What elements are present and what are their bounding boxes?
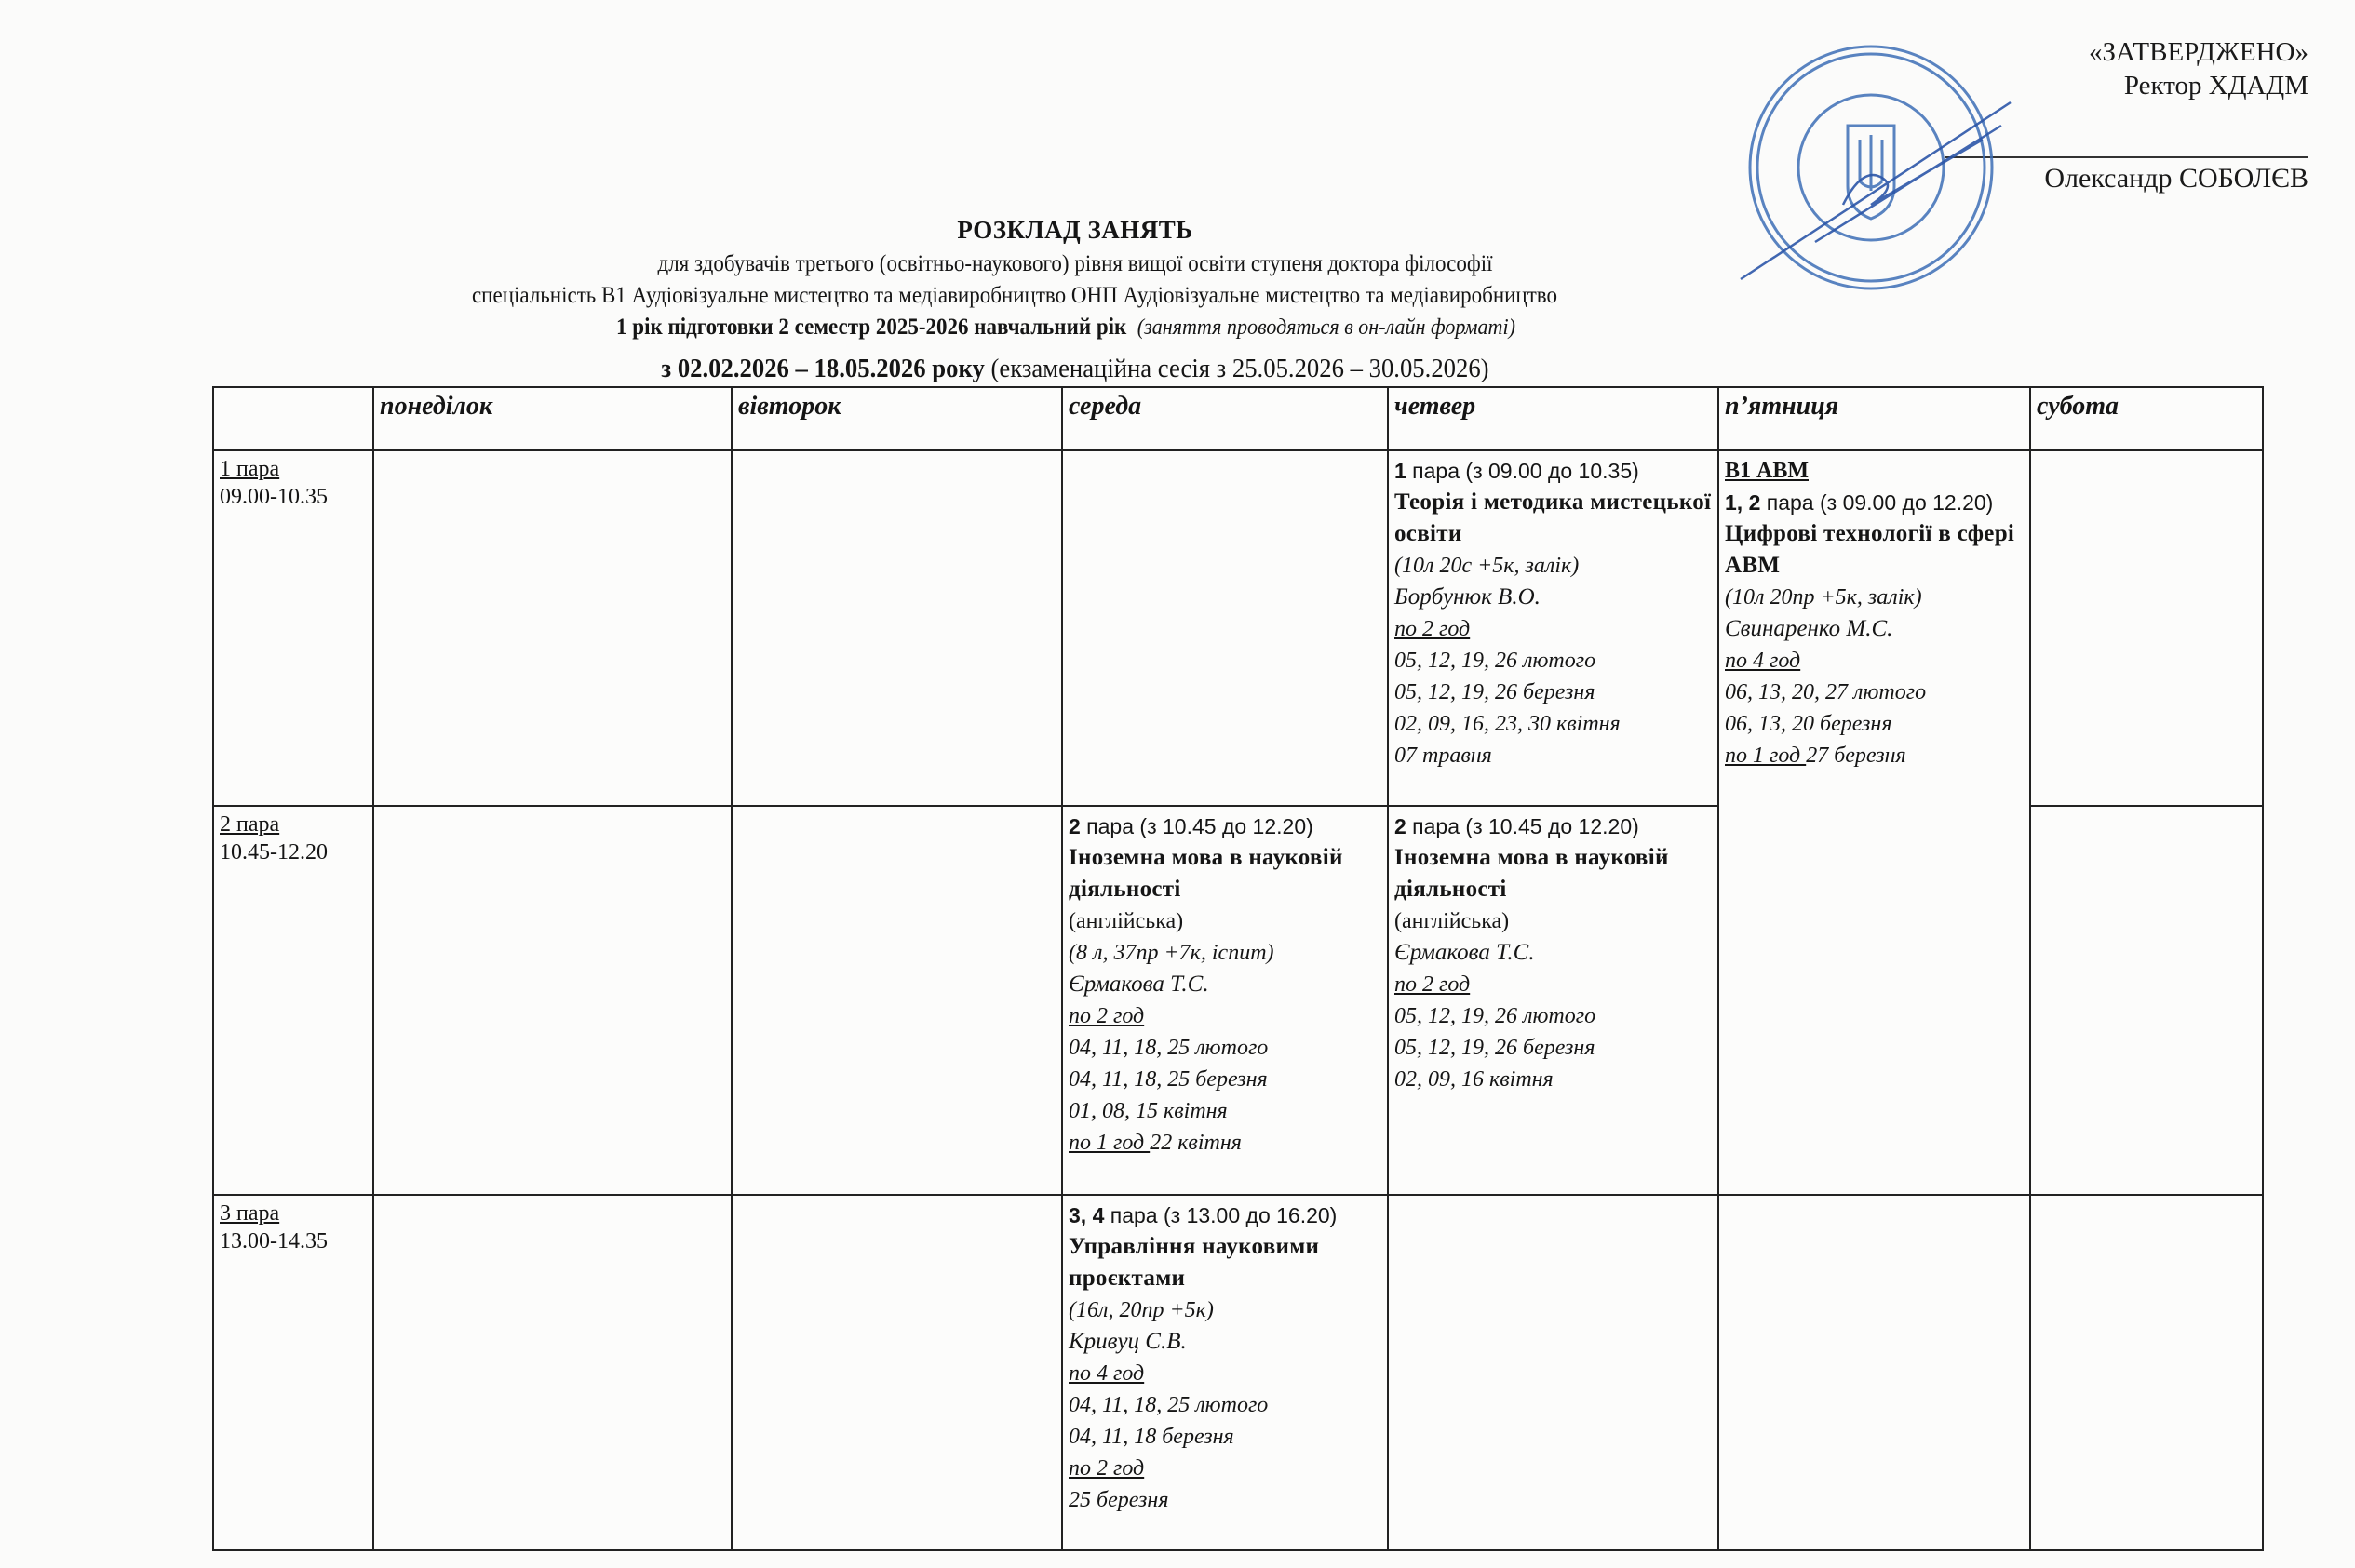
header-line-3: 1 рік підготовки 2 семестр 2025-2026 нав… [86, 315, 2047, 341]
page-title: РОЗКЛАД ЗАНЯТЬ [0, 216, 2150, 245]
cell-mon-3 [373, 1195, 732, 1550]
exam-session: (екзаменаційна сесія з 25.05.2026 – 30.0… [990, 354, 1488, 383]
group-label: В1 АВМ [1725, 455, 2024, 487]
cell-thu-2: 2 пара (з 10.45 до 12.20) Іноземна мова … [1388, 806, 1718, 1195]
hours-per-session: по 2 год [1069, 1000, 1381, 1032]
cell-mon-2 [373, 806, 732, 1195]
day-header-wednesday: середа [1062, 387, 1388, 450]
course-hours: (10л 20пр +5к, залік) [1725, 582, 2024, 613]
cell-thu-1: 1 пара (з 09.00 до 10.35) Теорія і метод… [1388, 450, 1718, 806]
class-time: 2 пара (з 10.45 до 12.20) [1394, 811, 1712, 842]
corner-cell [213, 387, 373, 450]
teacher-name: Єрмакова Т.С. [1069, 969, 1381, 1000]
slot-pair: 2 пара [220, 811, 367, 838]
dates-line: 04, 11, 18, 25 березня [1069, 1064, 1381, 1095]
cell-sat-2 [2030, 806, 2263, 1195]
class-time: 3, 4 пара (з 13.00 до 16.20) [1069, 1199, 1381, 1231]
course-name: Іноземна мова в науковій діяльності [1069, 842, 1381, 905]
extra-dates-line: по 1 год 22 квітня [1069, 1127, 1381, 1159]
cell-wed-3: 3, 4 пара (з 13.00 до 16.20) Управління … [1062, 1195, 1388, 1550]
cell-tue-3 [732, 1195, 1062, 1550]
dates-line: 04, 11, 18, 25 лютого [1069, 1032, 1381, 1064]
header-line-1: для здобувачів третього (освітньо-науков… [86, 251, 2064, 277]
cell-sat-1 [2030, 450, 2263, 806]
header-line-3-note: (заняття проводяться в он-лайн форматі) [1137, 315, 1515, 340]
class-time: 1 пара (з 09.00 до 10.35) [1394, 455, 1712, 487]
class-time: 2 пара (з 10.45 до 12.20) [1069, 811, 1381, 842]
course-name: Цифрові технології в сфері АВМ [1725, 518, 2024, 582]
slot-label-1: 1 пара 09.00-10.35 [213, 450, 373, 806]
slot-label-3: 3 пара 13.00-14.35 [213, 1195, 373, 1550]
cell-tue-1 [732, 450, 1062, 806]
cell-fri-3 [1718, 1195, 2030, 1550]
slot-time: 09.00-10.35 [220, 483, 367, 511]
course-hours: (10л 20с +5к, залік) [1394, 550, 1712, 582]
language: (англійська) [1394, 905, 1712, 937]
header-line-2: спеціальність В1 Аудіовізуальне мистецтв… [81, 283, 1948, 309]
teacher-name: Єрмакова Т.С. [1394, 937, 1712, 969]
dates-line: 25 березня [1069, 1484, 1381, 1516]
hours-per-session: по 4 год [1725, 645, 2024, 677]
dates-line: 02, 09, 16 квітня [1394, 1064, 1712, 1095]
dates-line: 06, 13, 20 березня [1725, 708, 2024, 740]
cell-mon-1 [373, 450, 732, 806]
teacher-name: Свинаренко М.С. [1725, 613, 2024, 645]
slot-label-2: 2 пара 10.45-12.20 [213, 806, 373, 1195]
hours-per-session: по 2 год [1394, 613, 1712, 645]
day-header-saturday: субота [2030, 387, 2263, 450]
table-header-row: понеділок вівторок середа четвер п’ятниц… [213, 387, 2263, 450]
day-header-monday: понеділок [373, 387, 732, 450]
course-name: Управління науковими проєктами [1069, 1231, 1381, 1294]
cell-thu-3 [1388, 1195, 1718, 1550]
cell-wed-2: 2 пара (з 10.45 до 12.20) Іноземна мова … [1062, 806, 1388, 1195]
slot-pair: 3 пара [220, 1199, 367, 1227]
dates-line: 04, 11, 18, 25 лютого [1069, 1389, 1381, 1421]
header-line-4: з 02.02.2026 – 18.05.2026 року (екзамена… [86, 354, 2064, 384]
hours-per-session: по 2 год [1394, 969, 1712, 1000]
dates-line: 07 травня [1394, 740, 1712, 771]
dates-line: 01, 08, 15 квітня [1069, 1095, 1381, 1127]
table-row: 3 пара 13.00-14.35 3, 4 пара (з 13.00 до… [213, 1195, 2263, 1550]
hours-per-session: по 2 год [1069, 1453, 1381, 1484]
dates-line: 02, 09, 16, 23, 30 квітня [1394, 708, 1712, 740]
course-name: Іноземна мова в науковій діяльності [1394, 842, 1712, 905]
day-header-thursday: четвер [1388, 387, 1718, 450]
dates-line: 05, 12, 19, 26 березня [1394, 1032, 1712, 1064]
cell-sat-3 [2030, 1195, 2263, 1550]
course-hours: (16л, 20пр +5к) [1069, 1294, 1381, 1326]
extra-dates-line: по 1 год 27 березня [1725, 740, 2024, 771]
day-header-friday: п’ятниця [1718, 387, 2030, 450]
slot-pair: 1 пара [220, 455, 367, 483]
cell-wed-1 [1062, 450, 1388, 806]
cell-tue-2 [732, 806, 1062, 1195]
class-time: 1, 2 пара (з 09.00 до 12.20) [1725, 487, 2024, 518]
language: (англійська) [1069, 905, 1381, 937]
dates-line: 04, 11, 18 березня [1069, 1421, 1381, 1453]
period-dates: з 02.02.2026 – 18.05.2026 року [661, 354, 984, 383]
course-hours: (8 л, 37пр +7к, іспит) [1069, 937, 1381, 969]
header-line-3-main: 1 рік підготовки 2 семестр 2025-2026 нав… [616, 315, 1126, 340]
slot-time: 10.45-12.20 [220, 838, 367, 866]
dates-line: 05, 12, 19, 26 березня [1394, 677, 1712, 708]
teacher-name: Кривуц С.В. [1069, 1326, 1381, 1358]
table-row: 1 пара 09.00-10.35 1 пара (з 09.00 до 10… [213, 450, 2263, 806]
dates-line: 05, 12, 19, 26 лютого [1394, 1000, 1712, 1032]
dates-line: 06, 13, 20, 27 лютого [1725, 677, 2024, 708]
day-header-tuesday: вівторок [732, 387, 1062, 450]
cell-fri-1-2: В1 АВМ 1, 2 пара (з 09.00 до 12.20) Цифр… [1718, 450, 2030, 1195]
slot-time: 13.00-14.35 [220, 1227, 367, 1255]
schedule-table: понеділок вівторок середа четвер п’ятниц… [212, 386, 2264, 1551]
teacher-name: Борбунюк В.О. [1394, 582, 1712, 613]
hours-per-session: по 4 год [1069, 1358, 1381, 1389]
dates-line: 05, 12, 19, 26 лютого [1394, 645, 1712, 677]
course-name: Теорія і методика мистецької освіти [1394, 487, 1712, 550]
